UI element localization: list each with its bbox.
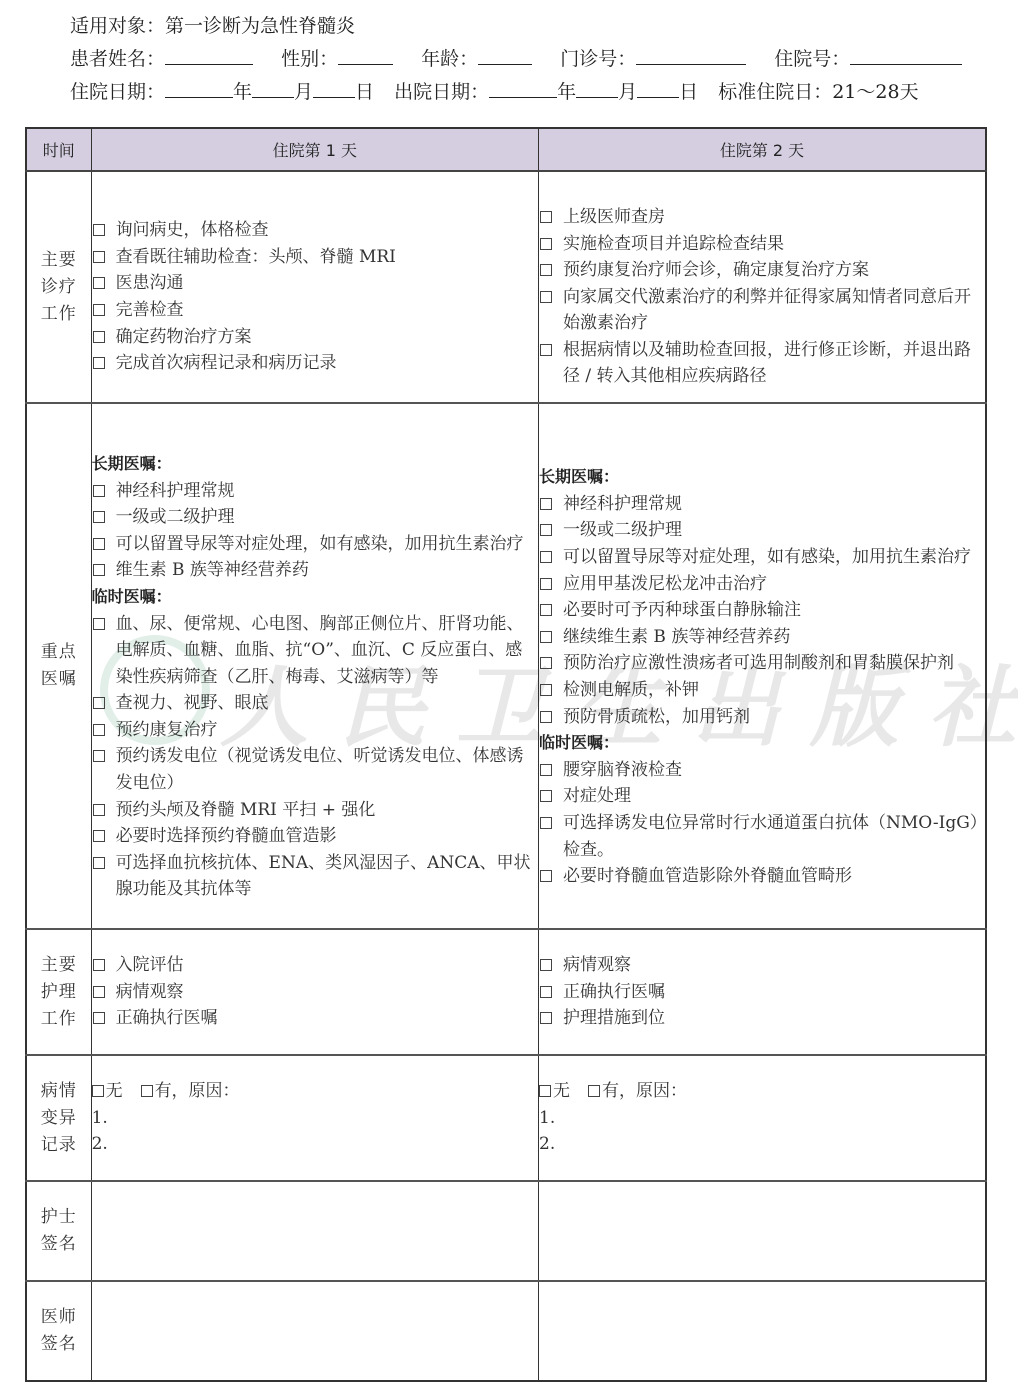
- checkbox-icon[interactable]: [540, 817, 552, 829]
- gender-field[interactable]: [338, 46, 393, 65]
- checklist-item[interactable]: 查视力、视野、眼底: [92, 690, 538, 717]
- item-text: 护理措施到位: [563, 1008, 665, 1028]
- key-orders-day-1: 长期医嘱： 神经科护理常规 一级或二级护理 可以留置导尿等对症处理，如有感染，加…: [91, 403, 538, 929]
- year-label: 年: [233, 81, 252, 103]
- item-text: 确定药物治疗方案: [116, 327, 252, 347]
- discharge-year-field[interactable]: [489, 79, 557, 98]
- checkbox-icon[interactable]: [540, 578, 552, 590]
- checklist-item[interactable]: 一级或二级护理: [539, 517, 985, 544]
- item-text: 预约康复治疗: [116, 720, 218, 740]
- item-text: 根据病情以及辅助检查回报，进行修正诊断，并退出路径 / 转入其他相应疾病路径: [563, 340, 971, 387]
- checkbox-icon[interactable]: [540, 764, 552, 776]
- checkbox-icon[interactable]: [93, 830, 105, 842]
- checklist-item[interactable]: 根据病情以及辅助检查回报，进行修正诊断，并退出路径 / 转入其他相应疾病路径: [539, 337, 985, 390]
- checkbox-icon[interactable]: [540, 631, 552, 643]
- item-text: 应用甲基泼尼松龙冲击治疗: [563, 574, 767, 594]
- item-text: 上级医师查房: [563, 207, 665, 227]
- form-header: 适用对象：第一诊断为急性脊髓炎 患者姓名： 性别： 年龄： 门诊号： 住院号： …: [70, 10, 984, 109]
- admission-month-field[interactable]: [252, 79, 294, 98]
- checkbox-icon[interactable]: [93, 331, 105, 343]
- checklist-item[interactable]: 正确执行医嘱: [92, 1005, 538, 1032]
- outpatient-no-field[interactable]: [636, 46, 746, 65]
- row-label-doctor-signature: 医师 签名: [26, 1281, 91, 1381]
- discharge-day-field[interactable]: [637, 79, 679, 98]
- checkbox-icon[interactable]: [540, 238, 552, 250]
- item-text: 预约康复治疗师会诊，确定康复治疗方案: [563, 260, 869, 280]
- checkbox-icon[interactable]: [93, 724, 105, 736]
- row-nurse-signature: 护士 签名: [26, 1181, 986, 1281]
- checklist-item[interactable]: 检测电解质，补钾: [539, 677, 985, 704]
- checklist-item[interactable]: 预防治疗应激性溃疡者可选用制酸剂和胃黏膜保护剂: [539, 650, 985, 677]
- admission-day-field[interactable]: [313, 79, 355, 98]
- age-field[interactable]: [478, 46, 532, 65]
- item-text: 必要时脊髓血管造影除外脊髓血管畸形: [563, 866, 852, 886]
- option-yes-label: 有，原因：: [155, 1081, 240, 1101]
- row-main-work: 主要 诊疗 工作 询问病史，体格检查 查看既往辅助检查：头颅、脊髓 MRI 医患…: [26, 171, 986, 403]
- item-text: 病情观察: [563, 955, 631, 975]
- item-text: 可以留置导尿等对症处理，如有感染，加用抗生素治疗: [116, 534, 524, 554]
- header-day-1: 住院第 1 天: [91, 128, 538, 171]
- temporary-orders-heading: 临时医嘱：: [539, 730, 985, 757]
- row-label-key-orders: 重点 医嘱: [26, 403, 91, 929]
- checklist-item[interactable]: 预约头颅及脊髓 MRI 平扫 + 强化: [92, 797, 538, 824]
- item-text: 对症处理: [563, 786, 631, 806]
- checklist-item[interactable]: 确定药物治疗方案: [92, 324, 538, 351]
- checklist-item[interactable]: 继续维生素 B 族等神经营养药: [539, 624, 985, 651]
- header-day-2: 住院第 2 天: [539, 128, 986, 171]
- checklist-item[interactable]: 可选择血抗核抗体、ENA、类风湿因子、ANCA、甲状腺功能及其抗体等: [92, 850, 538, 903]
- checkbox-icon[interactable]: [93, 804, 105, 816]
- checkbox-icon[interactable]: [93, 485, 105, 497]
- standard-stay: 标准住院日：21～28天: [718, 76, 918, 109]
- checkbox-icon[interactable]: [93, 511, 105, 523]
- item-text: 询问病史，体格检查: [116, 220, 269, 240]
- checklist-item[interactable]: 询问病史，体格检查: [92, 217, 538, 244]
- month-label: 月: [294, 81, 313, 103]
- item-text: 完成首次病程记录和病历记录: [116, 353, 337, 373]
- option-yes-label: 有，原因：: [602, 1081, 687, 1101]
- checkbox-icon[interactable]: [540, 684, 552, 696]
- row-label-main-work: 主要 诊疗 工作: [26, 171, 91, 403]
- checkbox-icon[interactable]: [93, 618, 105, 630]
- item-text: 神经科护理常规: [116, 481, 235, 501]
- row-doctor-signature: 医师 签名: [26, 1281, 986, 1381]
- checklist-item[interactable]: 实施检查项目并追踪检查结果: [539, 231, 985, 258]
- checkbox-yes-icon[interactable]: [141, 1085, 153, 1097]
- checklist-item[interactable]: 神经科护理常规: [539, 491, 985, 518]
- checkbox-icon[interactable]: [540, 498, 552, 510]
- checkbox-icon[interactable]: [540, 1012, 552, 1024]
- item-text: 预约诱发电位（视觉诱发电位、听觉诱发电位、体感诱发电位）: [116, 746, 524, 793]
- main-work-day-1: 询问病史，体格检查 查看既往辅助检查：头颅、脊髓 MRI 医患沟通 完善检查 确…: [91, 171, 538, 403]
- checkbox-icon[interactable]: [93, 304, 105, 316]
- long-term-orders-heading: 长期医嘱：: [92, 451, 538, 478]
- variance-day-2: 无有，原因： 1. 2.: [539, 1055, 986, 1181]
- label-line: 记录: [27, 1132, 91, 1159]
- checkbox-icon[interactable]: [540, 344, 552, 356]
- item-text: 正确执行医嘱: [563, 982, 665, 1002]
- checkbox-icon[interactable]: [540, 870, 552, 882]
- checkbox-icon[interactable]: [93, 251, 105, 263]
- checkbox-icon[interactable]: [93, 277, 105, 289]
- dates-line: 住院日期：年月日 出院日期：年月日 标准住院日：21～28天: [70, 76, 984, 109]
- checkbox-icon[interactable]: [540, 524, 552, 536]
- checklist-item[interactable]: 病情观察: [539, 952, 985, 979]
- item-text: 病情观察: [116, 982, 184, 1002]
- row-label-nursing: 主要 护理 工作: [26, 929, 91, 1055]
- checklist-item[interactable]: 血、尿、便常规、心电图、胸部正侧位片、肝肾功能、电解质、血糖、血脂、抗“O”、血…: [92, 611, 538, 691]
- label-line: 重点: [27, 639, 91, 666]
- inpatient-no-label: 住院号：: [774, 48, 850, 70]
- item-text: 向家属交代激素治疗的利弊并征得家属知情者同意后开始激素治疗: [563, 287, 971, 334]
- nursing-day-2: 病情观察 正确执行医嘱 护理措施到位: [539, 929, 986, 1055]
- variance-options: 无有，原因：: [539, 1078, 985, 1105]
- label-line: 医师: [27, 1304, 91, 1331]
- checklist-item[interactable]: 入院评估: [92, 952, 538, 979]
- checklist-item[interactable]: 维生素 B 族等神经营养药: [92, 557, 538, 584]
- day-label: 日: [355, 81, 374, 103]
- checklist-item[interactable]: 可以留置导尿等对症处理，如有感染，加用抗生素治疗: [539, 544, 985, 571]
- checklist-item[interactable]: 上级医师查房: [539, 204, 985, 231]
- header-time: 时间: [26, 128, 91, 171]
- age-label: 年龄：: [421, 48, 478, 70]
- checkbox-icon[interactable]: [540, 986, 552, 998]
- item-text: 维生素 B 族等神经营养药: [116, 560, 309, 580]
- row-label-variance: 病情 变异 记录: [26, 1055, 91, 1181]
- label-line: 医嘱: [27, 666, 91, 693]
- item-text: 必要时选择预约脊髓血管造影: [116, 826, 337, 846]
- checklist-item[interactable]: 腰穿脑脊液检查: [539, 757, 985, 784]
- item-text: 预约头颅及脊髓 MRI 平扫 + 强化: [116, 800, 376, 820]
- nursing-day-1: 入院评估 病情观察 正确执行医嘱: [91, 929, 538, 1055]
- checklist-item[interactable]: 神经科护理常规: [92, 478, 538, 505]
- checkbox-icon[interactable]: [93, 750, 105, 762]
- gender-label: 性别：: [281, 48, 338, 70]
- checklist-item[interactable]: 必要时可予丙种球蛋白静脉输注: [539, 597, 985, 624]
- item-text: 一级或二级护理: [563, 520, 682, 540]
- main-work-day-2: 上级医师查房 实施检查项目并追踪检查结果 预约康复治疗师会诊，确定康复治疗方案 …: [539, 171, 986, 403]
- checklist-item[interactable]: 护理措施到位: [539, 1005, 985, 1032]
- checklist-item[interactable]: 完善检查: [92, 297, 538, 324]
- item-text: 腰穿脑脊液检查: [563, 760, 682, 780]
- clinical-pathway-table: 时间 住院第 1 天 住院第 2 天 主要 诊疗 工作 询问病史，体格检查 查看…: [25, 127, 987, 1382]
- item-text: 正确执行医嘱: [116, 1008, 218, 1028]
- checklist-item[interactable]: 医患沟通: [92, 270, 538, 297]
- item-text: 预防治疗应激性溃疡者可选用制酸剂和胃黏膜保护剂: [563, 653, 954, 673]
- patient-name-label: 患者姓名：: [70, 48, 165, 70]
- checkbox-icon[interactable]: [93, 986, 105, 998]
- item-text: 医患沟通: [116, 273, 184, 293]
- label-line: 病情: [27, 1078, 91, 1105]
- key-orders-day-2: 长期医嘱： 神经科护理常规 一级或二级护理 可以留置导尿等对症处理，如有感染，加…: [539, 403, 986, 929]
- option-none-label: 无: [553, 1081, 570, 1101]
- row-label-nurse-signature: 护士 签名: [26, 1181, 91, 1281]
- checkbox-icon[interactable]: [93, 857, 105, 869]
- checkbox-icon[interactable]: [93, 1012, 105, 1024]
- checklist-item[interactable]: 必要时选择预约脊髓血管造影: [92, 823, 538, 850]
- checkbox-icon[interactable]: [540, 790, 552, 802]
- checkbox-none-icon[interactable]: [92, 1085, 104, 1097]
- day-label: 日: [679, 81, 698, 103]
- item-text: 必要时可予丙种球蛋白静脉输注: [563, 600, 801, 620]
- item-text: 预防骨质疏松，加用钙剂: [563, 707, 750, 727]
- checkbox-icon[interactable]: [540, 657, 552, 669]
- checklist-item[interactable]: 完成首次病程记录和病历记录: [92, 350, 538, 377]
- checklist-item[interactable]: 对症处理: [539, 783, 985, 810]
- checkbox-icon[interactable]: [540, 291, 552, 303]
- checkbox-icon[interactable]: [540, 959, 552, 971]
- checklist-item[interactable]: 病情观察: [92, 979, 538, 1006]
- item-text: 完善检查: [116, 300, 184, 320]
- checkbox-icon[interactable]: [93, 697, 105, 709]
- checkbox-none-icon[interactable]: [539, 1085, 551, 1097]
- header-row: 时间 住院第 1 天 住院第 2 天: [26, 128, 986, 171]
- checklist-item[interactable]: 一级或二级护理: [92, 504, 538, 531]
- admission-date-label: 住院日期：: [70, 81, 165, 103]
- checkbox-icon[interactable]: [540, 211, 552, 223]
- outpatient-no-label: 门诊号：: [560, 48, 636, 70]
- item-text: 可选择诱发电位异常时行水通道蛋白抗体（NMO-IgG）检查。: [563, 813, 978, 860]
- month-label: 月: [618, 81, 637, 103]
- option-none-label: 无: [106, 1081, 123, 1101]
- nurse-signature-day-2[interactable]: [539, 1181, 986, 1281]
- label-line: 工作: [27, 1006, 91, 1033]
- inpatient-no-field[interactable]: [850, 46, 962, 65]
- checkbox-icon[interactable]: [540, 604, 552, 616]
- variance-reason-1[interactable]: 1.: [539, 1105, 985, 1132]
- item-text: 一级或二级护理: [116, 507, 235, 527]
- row-key-orders: 重点 医嘱 长期医嘱： 神经科护理常规 一级或二级护理 可以留置导尿等对症处理，…: [26, 403, 986, 929]
- label-line: 签名: [27, 1331, 91, 1358]
- item-text: 神经科护理常规: [563, 494, 682, 514]
- item-text: 检测电解质，补钾: [563, 680, 699, 700]
- patient-name-field[interactable]: [165, 46, 253, 65]
- checklist-item[interactable]: 预约诱发电位（视觉诱发电位、听觉诱发电位、体感诱发电位）: [92, 743, 538, 796]
- item-text: 可选择血抗核抗体、ENA、类风湿因子、ANCA、甲状腺功能及其抗体等: [116, 853, 531, 900]
- item-text: 入院评估: [116, 955, 184, 975]
- label-line: 变异: [27, 1105, 91, 1132]
- item-text: 实施检查项目并追踪检查结果: [563, 234, 784, 254]
- label-line: 护理: [27, 979, 91, 1006]
- label-line: 护士: [27, 1204, 91, 1231]
- row-variance: 病情 变异 记录 无有，原因： 1. 2. 无有，原因： 1. 2.: [26, 1055, 986, 1181]
- checklist-item[interactable]: 应用甲基泼尼松龙冲击治疗: [539, 571, 985, 598]
- checklist-item[interactable]: 必要时脊髓血管造影除外脊髓血管畸形: [539, 863, 985, 890]
- discharge-month-field[interactable]: [576, 79, 618, 98]
- label-line: 主要: [27, 247, 91, 274]
- checkbox-icon[interactable]: [540, 264, 552, 276]
- doctor-signature-day-2[interactable]: [539, 1281, 986, 1381]
- checkbox-icon[interactable]: [540, 551, 552, 563]
- item-text: 继续维生素 B 族等神经营养药: [563, 627, 790, 647]
- checklist-item[interactable]: 查看既往辅助检查：头颅、脊髓 MRI: [92, 244, 538, 271]
- checkbox-icon[interactable]: [93, 959, 105, 971]
- patient-info-line: 患者姓名： 性别： 年龄： 门诊号： 住院号：: [70, 43, 984, 76]
- row-nursing: 主要 护理 工作 入院评估 病情观察 正确执行医嘱 病情观察 正确执行医嘱 护理…: [26, 929, 986, 1055]
- variance-options: 无有，原因：: [92, 1078, 538, 1105]
- checklist-item[interactable]: 正确执行医嘱: [539, 979, 985, 1006]
- item-text: 可以留置导尿等对症处理，如有感染，加用抗生素治疗: [563, 547, 971, 567]
- year-label: 年: [557, 81, 576, 103]
- checkbox-icon[interactable]: [93, 538, 105, 550]
- checklist-item[interactable]: 预约康复治疗: [92, 717, 538, 744]
- checklist-item[interactable]: 预约康复治疗师会诊，确定康复治疗方案: [539, 257, 985, 284]
- checkbox-icon[interactable]: [540, 711, 552, 723]
- variance-reason-2[interactable]: 2.: [92, 1131, 538, 1158]
- label-line: 工作: [27, 301, 91, 328]
- nurse-signature-day-1[interactable]: [91, 1181, 538, 1281]
- checklist-item[interactable]: 可选择诱发电位异常时行水通道蛋白抗体（NMO-IgG）检查。: [539, 810, 985, 863]
- label-line: 签名: [27, 1231, 91, 1258]
- long-term-orders-heading: 长期医嘱：: [539, 464, 985, 491]
- label-line: 主要: [27, 952, 91, 979]
- variance-reason-1[interactable]: 1.: [92, 1105, 538, 1132]
- item-text: 血、尿、便常规、心电图、胸部正侧位片、肝肾功能、电解质、血糖、血脂、抗“O”、血…: [116, 614, 524, 687]
- variance-day-1: 无有，原因： 1. 2.: [91, 1055, 538, 1181]
- checkbox-yes-icon[interactable]: [588, 1085, 600, 1097]
- checklist-item[interactable]: 预防骨质疏松，加用钙剂: [539, 704, 985, 731]
- doctor-signature-day-1[interactable]: [91, 1281, 538, 1381]
- applicable-line: 适用对象：第一诊断为急性脊髓炎: [70, 10, 984, 43]
- item-text: 查视力、视野、眼底: [116, 693, 269, 713]
- checkbox-icon[interactable]: [93, 564, 105, 576]
- label-line: 诊疗: [27, 274, 91, 301]
- admission-year-field[interactable]: [165, 79, 233, 98]
- temporary-orders-heading: 临时医嘱：: [92, 584, 538, 611]
- checklist-item[interactable]: 向家属交代激素治疗的利弊并征得家属知情者同意后开始激素治疗: [539, 284, 985, 337]
- discharge-date-label: 出院日期：: [394, 81, 489, 103]
- checklist-item[interactable]: 可以留置导尿等对症处理，如有感染，加用抗生素治疗: [92, 531, 538, 558]
- item-text: 查看既往辅助检查：头颅、脊髓 MRI: [116, 247, 396, 267]
- checkbox-icon[interactable]: [93, 357, 105, 369]
- variance-reason-2[interactable]: 2.: [539, 1131, 985, 1158]
- checkbox-icon[interactable]: [93, 224, 105, 236]
